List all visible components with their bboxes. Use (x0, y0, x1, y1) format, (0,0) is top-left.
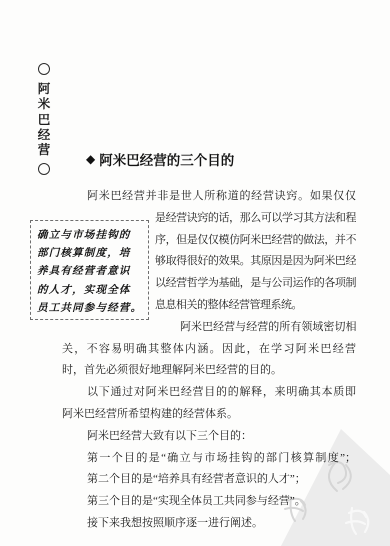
spine-circle-bottom-icon (38, 163, 50, 175)
body-line: 息息相关的整体经营管理系统。 (155, 295, 356, 317)
body-line: 序，但是仅仅模仿阿米巴经营的做法，并不能 (155, 230, 356, 252)
spine: 阿米巴经营 (36, 63, 52, 175)
spine-char: 经 (38, 128, 51, 143)
body-line: 第三个目的是“实现全体员工共同参与经营”。 (62, 491, 356, 513)
body-line: 以经营哲学为基础，是与公司运作的各项制度 (155, 273, 356, 295)
section-heading: ◆ 阿米巴经营的三个目的 (86, 150, 234, 168)
book-page: 阿米巴经营 ◆ 阿米巴经营的三个目的 确立与市场挂钩的部门核算制度，培养具有经营… (0, 0, 390, 546)
body-line: 阿米巴经营所希望构建的经营体系。 (62, 404, 356, 426)
body-line: 第一个目的是“确立与市场挂钩的部门核算制度”； (62, 448, 356, 470)
body-line: 关，不容易明确其整体内涵。因此，在学习阿米巴经营 (62, 339, 356, 361)
spine-char: 阿 (38, 82, 51, 97)
body-text: 阿米巴经营并非是世人所称道的经营诀窍。如果仅仅是经营诀窍的话，那么可以学习其方法… (62, 186, 356, 535)
spine-char: 营 (38, 143, 51, 158)
body-line: 阿米巴经营并非是世人所称道的经营诀窍。如果仅仅 (62, 186, 356, 208)
body-line: 以下通过对阿米巴经营目的的解释，来明确其本质即 (62, 382, 356, 404)
spine-char: 巴 (38, 113, 51, 128)
section-heading-text: 阿米巴经营的三个目的 (99, 149, 234, 169)
body-line: 时，首先必须很好地理解阿米巴经营的目的。 (62, 360, 356, 382)
body-line: 第二个目的是“培养具有经营者意识的人才”； (62, 469, 356, 491)
body-line: 接下来我想按照顺序逐一进行阐述。 (62, 513, 356, 535)
diamond-bullet-icon: ◆ (86, 152, 95, 166)
spine-char: 米 (38, 97, 51, 112)
spine-circle-top-icon (38, 63, 50, 75)
spine-title: 阿米巴经营 (38, 82, 51, 158)
body-line: 阿米巴经营大致有以下三个目的： (62, 426, 356, 448)
body-line: 是经营诀窍的话，那么可以学习其方法和程 (155, 208, 356, 230)
body-line: 够取得很好的效果。其原因是因为阿米巴经营 (155, 251, 356, 273)
body-line: 阿米巴经营与经营的所有领域密切相 (155, 317, 356, 339)
